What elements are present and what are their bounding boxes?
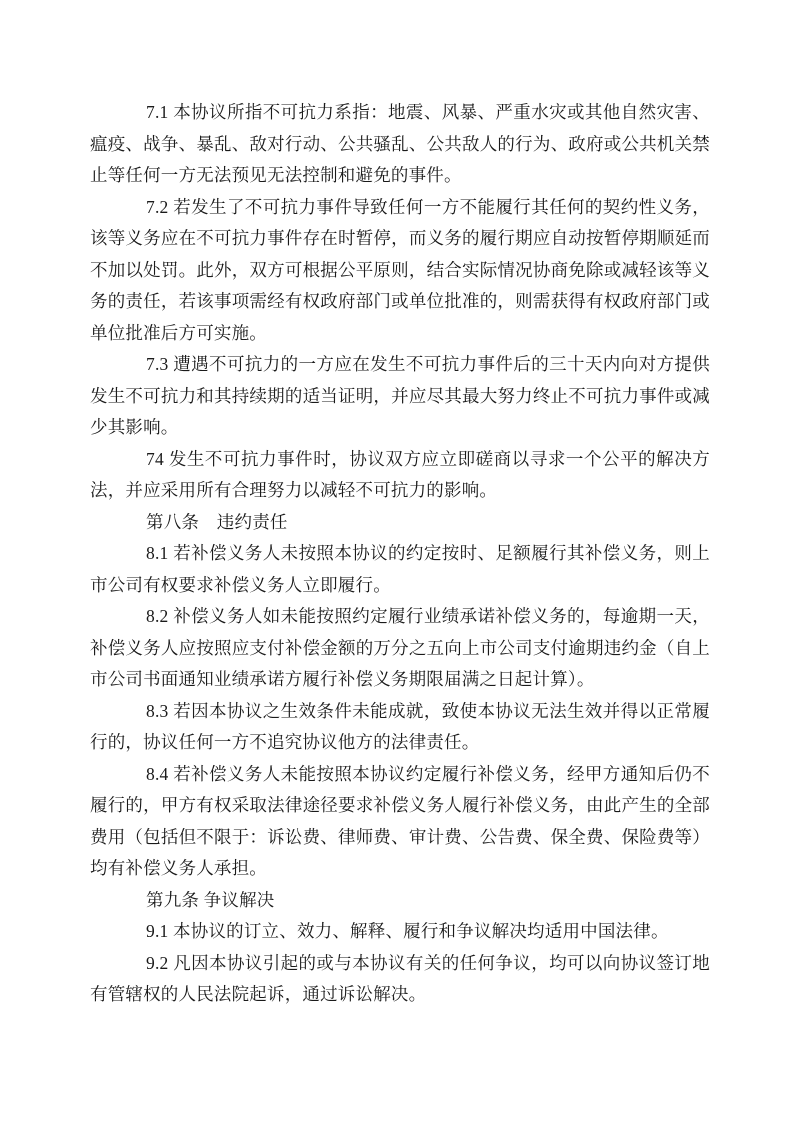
clause-9-2: 9.2 凡因本协议引起的或与本协议有关的任何争议，均可以向协议签订地有管辖权的人… (90, 948, 710, 1011)
article-8-heading: 第八条 违约责任 (90, 507, 710, 539)
article-9-heading: 第九条 争议解决 (90, 885, 710, 917)
clause-8-3: 8.3 若因本协议之生效条件未能成就，致使本协议无法生效并得以正常履行的，协议任… (90, 696, 710, 759)
clause-8-1: 8.1 若补偿义务人未按照本协议的约定按时、足额履行其补偿义务，则上市公司有权要… (90, 538, 710, 601)
clause-7-4: 74 发生不可抗力事件时，协议双方应立即磋商以寻求一个公平的解决方法，并应采用所… (90, 444, 710, 507)
clause-9-1: 9.1 本协议的订立、效力、解释、履行和争议解决均适用中国法律。 (90, 916, 710, 948)
clause-7-2: 7.2 若发生了不可抗力事件导致任何一方不能履行其任何的契约性义务，该等义务应在… (90, 192, 710, 350)
document-page: 7.1 本协议所指不可抗力系指：地震、风暴、严重水灾或其他自然灾害、瘟疫、战争、… (0, 0, 793, 1122)
document-text-block: 7.1 本协议所指不可抗力系指：地震、风暴、严重水灾或其他自然灾害、瘟疫、战争、… (90, 97, 710, 1011)
clause-7-3: 7.3 遭遇不可抗力的一方应在发生不可抗力事件后的三十天内向对方提供发生不可抗力… (90, 349, 710, 444)
clause-8-4: 8.4 若补偿义务人未能按照本协议约定履行补偿义务，经甲方通知后仍不履行的，甲方… (90, 759, 710, 885)
clause-7-1: 7.1 本协议所指不可抗力系指：地震、风暴、严重水灾或其他自然灾害、瘟疫、战争、… (90, 97, 710, 192)
clause-8-2: 8.2 补偿义务人如未能按照约定履行业绩承诺补偿义务的，每逾期一天，补偿义务人应… (90, 601, 710, 696)
